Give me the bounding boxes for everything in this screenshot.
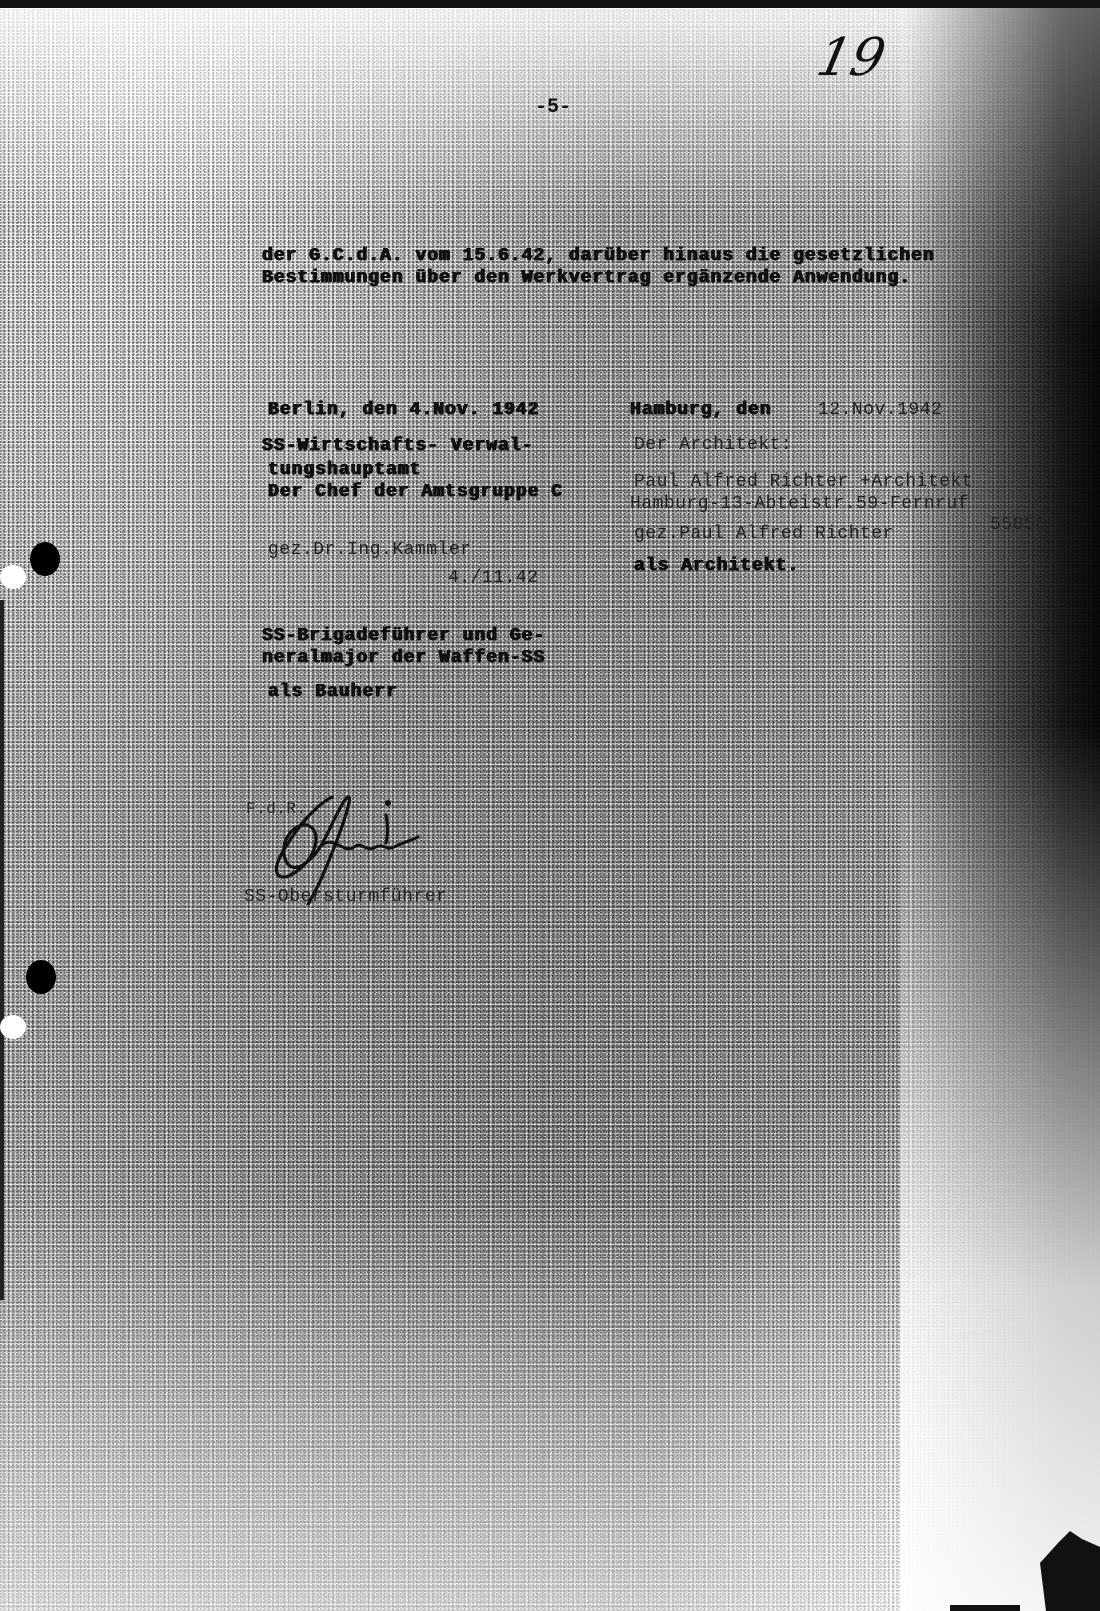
left-signed-line: gez.Dr.Ing.Kammler (268, 540, 471, 560)
scan-left-border (0, 600, 4, 1300)
left-signed-date: 4./11.42 (448, 568, 538, 588)
archive-number: 19 (812, 28, 891, 88)
scan-highlight-bottom (0, 1191, 1100, 1611)
scanned-document-page: 19 -5- der G.C.d.A. vom 15.6.42, darüber… (0, 0, 1100, 1611)
left-date-line: Berlin, den 4.Nov. 1942 (268, 400, 539, 420)
right-phone: 55856 (990, 515, 1047, 535)
right-date: 12.Nov.1942 (818, 400, 942, 420)
right-signed-line: gez.Paul Alfred Richter (634, 524, 894, 544)
punch-hole-upper-icon (30, 542, 60, 576)
body-text-line-1: der G.C.d.A. vom 15.6.42, darüber hinaus… (262, 246, 935, 266)
punch-hole-margin-upper (0, 565, 26, 589)
left-role: als Bauherr (268, 682, 398, 702)
punch-hole-margin-lower (0, 1015, 26, 1039)
left-office-line-1: SS-Wirtschafts- Verwal- (262, 436, 533, 456)
scan-top-border (0, 0, 1100, 8)
scan-bottom-mark (950, 1605, 1020, 1611)
page-number: -5- (535, 96, 571, 119)
right-address-line: Hamburg-13-Abteistr.59-Fernruf (630, 494, 969, 514)
corner-blot (1040, 1531, 1100, 1611)
right-name-line: Paul Alfred Richter +Architekt (634, 472, 973, 492)
scan-edge-shadow (900, 0, 1100, 1611)
left-office-line-2: tungshauptamt (268, 460, 421, 480)
punch-hole-lower-icon (26, 960, 56, 994)
left-rank-line-1: SS-Brigadeführer und Ge- (262, 626, 545, 646)
right-date-prefix: Hamburg, den (630, 400, 772, 420)
right-heading: Der Architekt: (634, 435, 792, 455)
scan-noise (0, 0, 1100, 1611)
body-text-line-2: Bestimmungen über den Werkvertrag ergänz… (262, 268, 911, 288)
left-rank-line-2: neralmajor der Waffen-SS (262, 648, 545, 668)
left-office-line-3: Der Chef der Amtsgruppe C (268, 482, 563, 502)
right-role: als Architekt. (634, 556, 799, 576)
scan-edge-fade (900, 0, 1100, 1611)
certification-rank: SS-Obersturmführer (244, 887, 447, 907)
